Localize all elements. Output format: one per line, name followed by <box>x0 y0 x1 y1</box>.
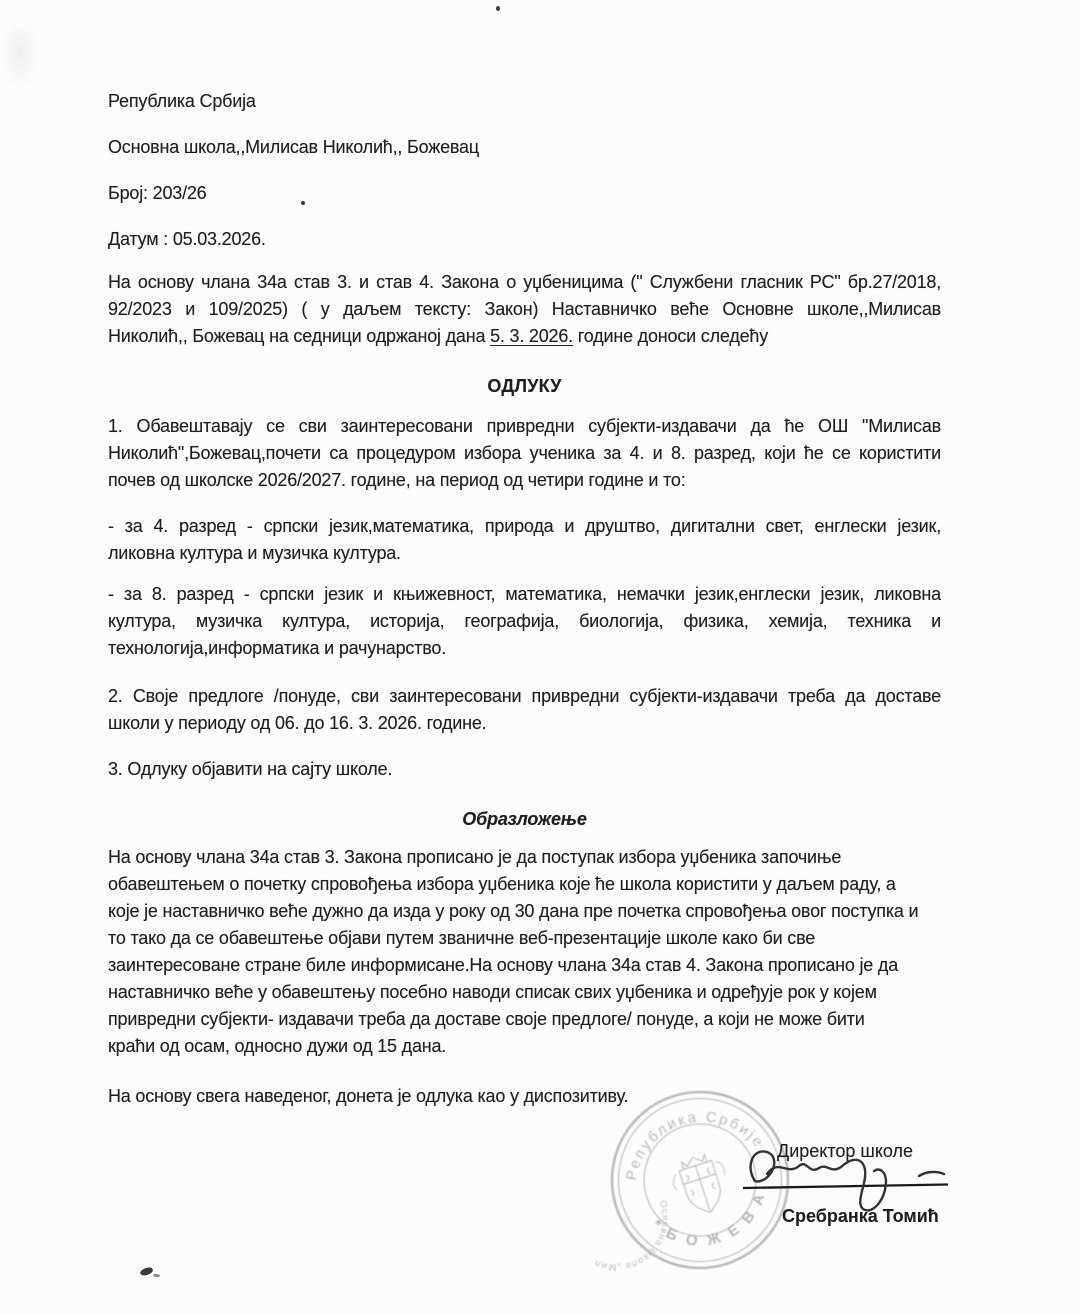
text-line: то тако да се обавештење објави путем зв… <box>108 925 941 952</box>
signature-stroke <box>751 1151 944 1210</box>
text-line: Николић,, Божевац на седници одржаној да… <box>108 323 941 350</box>
text-line: - за 8. разред - српски језик и књижевно… <box>108 581 941 608</box>
document-body: Република Србија Основна школа,,Милисав … <box>108 0 941 1110</box>
text-segment: Николић,, Божевац на седници одржаној да… <box>108 326 490 346</box>
rationale-paragraph: На основу члана 34а став 3. Закона пропи… <box>108 844 941 1060</box>
text-line: На основу члана 34а став 3. и став 4. За… <box>108 269 941 296</box>
decision-heading: ОДЛУКУ <box>108 373 941 400</box>
svg-text:Основна школа „Милисав Николић: Основна школа „Милисав Николић“ <box>595 1162 685 1285</box>
decision-item-2: 2. Своје предлоге /понуде, сви заинтерес… <box>108 683 941 737</box>
scanned-document-page: Република Србија Основна школа,,Милисав … <box>0 0 1080 1314</box>
text-line: - за 4. разред - српски језик,математика… <box>108 513 941 540</box>
letterhead-date: Датум : 05.03.2026. <box>108 226 941 253</box>
decision-item-3: 3. Одлуку објавити на сајту школе. <box>108 756 941 783</box>
text-line: привредни субјекти- издавачи треба да до… <box>108 1006 941 1033</box>
grade8-subjects: - за 8. разред - српски језик и књижевно… <box>108 581 941 662</box>
letterhead-school: Основна школа,,Милисав Николић,, Божевац <box>108 134 941 161</box>
text-line: 1. Обавештавају се сви заинтересовани пр… <box>108 413 941 440</box>
text-line: које је наставничко веће дужно да изда у… <box>108 898 941 925</box>
text-line: краћи од осам, односно дужи од 15 дана. <box>108 1033 941 1060</box>
text-line: наставничко веће у обавештењу посебно на… <box>108 979 941 1006</box>
intro-paragraph: На основу члана 34а став 3. и став 4. За… <box>108 269 941 350</box>
stamp-inner-text: Основна школа „Милисав Николић“ <box>595 1162 685 1285</box>
text-line: заинтересоване стране биле информисане.Н… <box>108 952 941 979</box>
text-line: 92/2023 и 109/2025) ( у даљем тексту: За… <box>108 296 941 323</box>
text-line: 3. Одлуку објавити на сајту школе. <box>108 756 941 783</box>
underlined-date: 5. 3. 2026. <box>490 326 573 346</box>
grade4-subjects: - за 4. разред - српски језик,математика… <box>108 513 941 567</box>
text-line: 2. Своје предлоге /понуде, сви заинтерес… <box>108 683 941 710</box>
text-line: култура, музичка култура, историја, геог… <box>108 608 941 635</box>
text-line: На основу члана 34а став 3. Закона пропи… <box>108 844 941 871</box>
text-line: школи у периоду од 06. до 16. 3. 2026. г… <box>108 710 941 737</box>
text-line: ликовна култура и музичка култура. <box>108 540 941 567</box>
text-line: На основу свега наведеног, донета је одл… <box>108 1083 941 1110</box>
text-line: обавештењем о почетку спровођења избора … <box>108 871 941 898</box>
closing-paragraph: На основу свега наведеног, донета је одл… <box>108 1083 941 1110</box>
letterhead-number: Број: 203/26 <box>108 180 941 207</box>
text-line: почев од школске 2026/2027. године, на п… <box>108 467 941 494</box>
rationale-heading: Образложење <box>108 806 941 833</box>
signature-name: Сребранка Томић <box>782 1206 939 1227</box>
decision-item-1: 1. Обавештавају се сви заинтересовани пр… <box>108 413 941 494</box>
text-line: технологија,информатика и рачунарство. <box>108 635 941 662</box>
scan-smudge <box>0 18 40 90</box>
ink-blob-tail <box>153 1274 160 1278</box>
ink-blob <box>139 1267 153 1277</box>
text-line: Николић",Божевац,почети са процедуром из… <box>108 440 941 467</box>
text-segment: године доноси следећу <box>573 326 768 346</box>
signature-line <box>743 1185 948 1189</box>
letterhead-country: Република Србија <box>108 88 941 115</box>
